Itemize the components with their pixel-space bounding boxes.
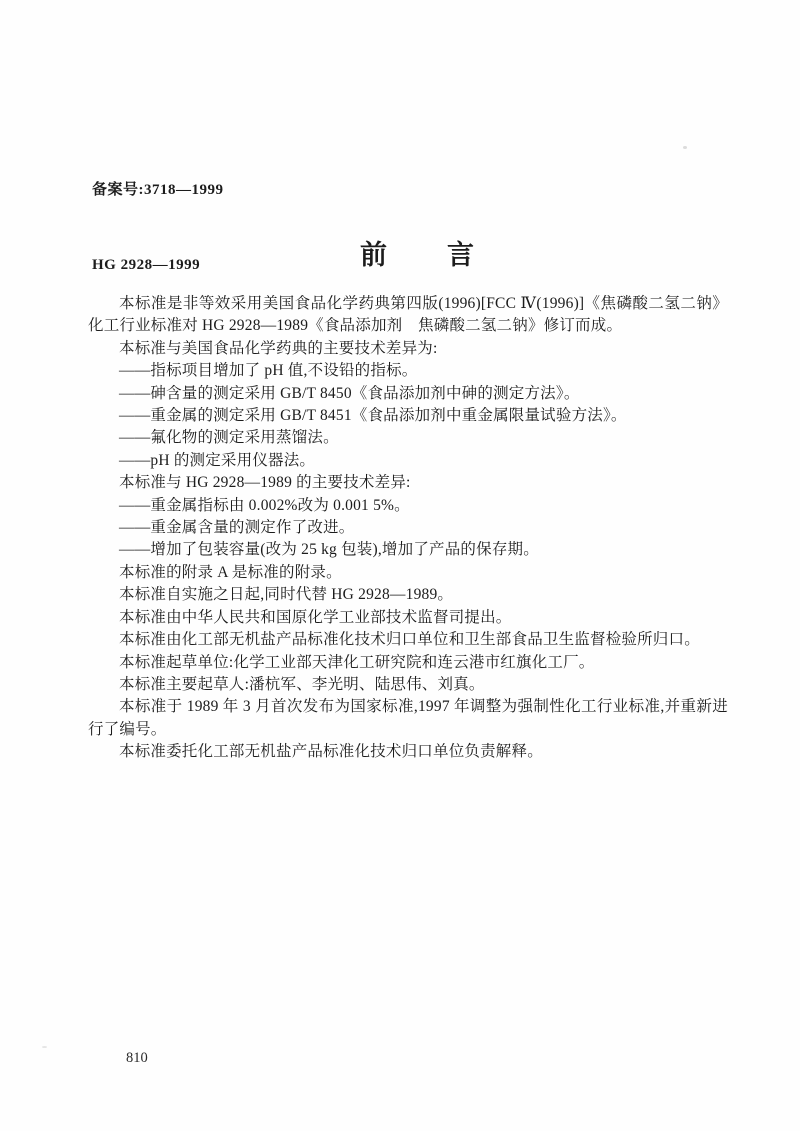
paragraph-replacement-note: 本标准自实施之日起,同时代替 HG 2928—1989。 <box>88 584 728 606</box>
paragraph-diff-arsenic-method: ——砷含量的测定采用 GB/T 8450《食品添加剂中砷的测定方法》。 <box>88 383 728 405</box>
page-number: 810 <box>126 1050 148 1067</box>
paragraph-fcc-differences-intro: 本标准与美国食品化学药典的主要技术差异为: <box>88 338 728 360</box>
paragraph-hg1989-differences-intro: 本标准与 HG 2928—1989 的主要技术差异: <box>88 472 728 494</box>
paragraph-proposed-by: 本标准由中华人民共和国原化学工业部技术监督司提出。 <box>88 607 728 629</box>
paragraph-diff-heavy-metal-limit: ——重金属指标由 0.002%改为 0.001 5%。 <box>88 495 728 517</box>
paragraph-diff-fluoride-method: ——氟化物的测定采用蒸馏法。 <box>88 427 728 449</box>
paragraph-centralized-by: 本标准由化工部无机盐产品标准化技术归口单位和卫生部食品卫生监督检验所归口。 <box>88 629 728 651</box>
paragraph-publication-history: 本标准于 1989 年 3 月首次发布为国家标准,1997 年调整为强制性化工行… <box>88 696 728 741</box>
scan-artifact-speck <box>42 1046 47 1048</box>
paragraph-appendix-note: 本标准的附录 A 是标准的附录。 <box>88 562 728 584</box>
paragraph-diff-heavy-metal-improved: ——重金属含量的测定作了改进。 <box>88 517 728 539</box>
document-body: 本标准是非等效采用美国食品化学药典第四版(1996)[FCC Ⅳ(1996)]《… <box>88 293 728 764</box>
paragraph-diff-ph-method: ——pH 的测定采用仪器法。 <box>88 450 728 472</box>
paragraph-scope: 本标准是非等效采用美国食品化学药典第四版(1996)[FCC Ⅳ(1996)]《… <box>88 293 728 338</box>
paragraph-drafters: 本标准主要起草人:潘杭军、李光明、陆思伟、刘真。 <box>88 674 728 696</box>
record-number: 备案号:3718—1999 <box>92 178 224 203</box>
paragraph-interpretation-authority: 本标准委托化工部无机盐产品标准化技术归口单位负责解释。 <box>88 741 728 763</box>
paragraph-diff-packaging: ——增加了包装容量(改为 25 kg 包装),增加了产品的保存期。 <box>88 539 728 561</box>
document-title: 前 言 <box>36 233 800 272</box>
scan-artifact-speck <box>683 146 687 149</box>
paragraph-drafting-organizations: 本标准起草单位:化学工业部天津化工研究院和连云港市红旗化工厂。 <box>88 652 728 674</box>
paragraph-diff-ph-indicator: ——指标项目增加了 pH 值,不设铅的指标。 <box>88 360 728 382</box>
paragraph-diff-heavy-metal-method: ——重金属的测定采用 GB/T 8451《食品添加剂中重金属限量试验方法》。 <box>88 405 728 427</box>
document-page: 备案号:3718—1999 HG 2928—1999 前 言 本标准是非等效采用… <box>0 0 800 1131</box>
